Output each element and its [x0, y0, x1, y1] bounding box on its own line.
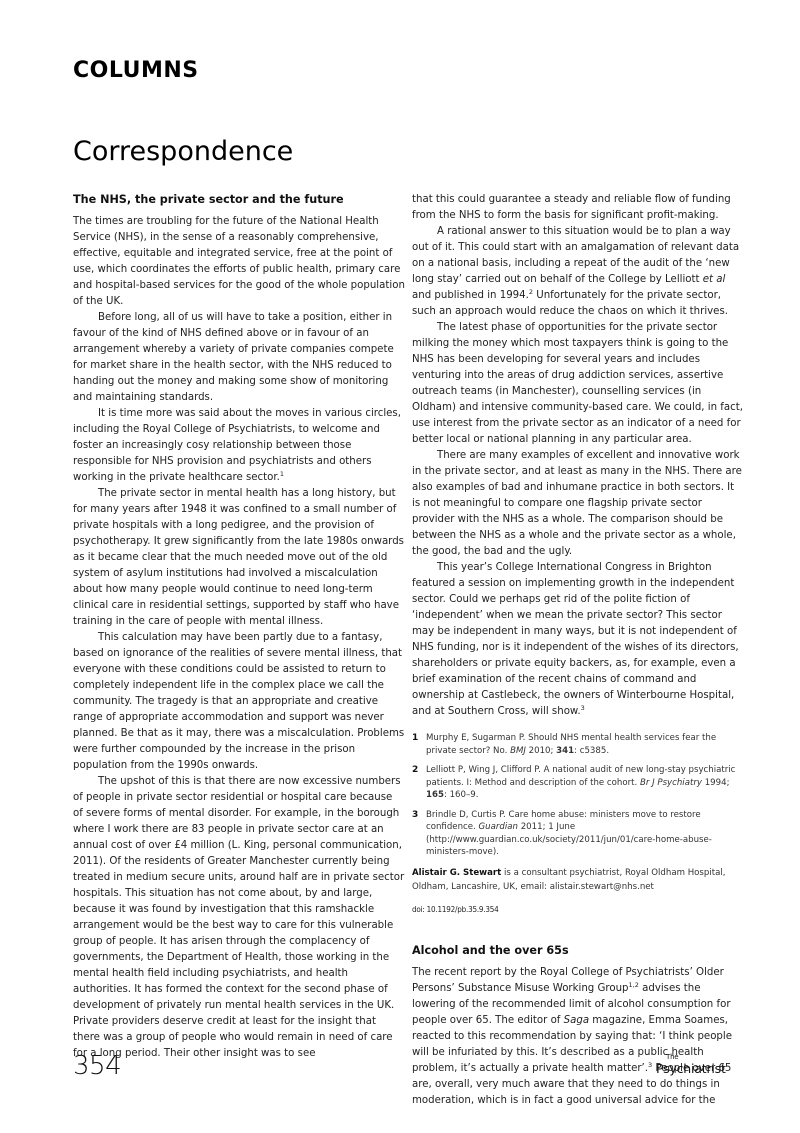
author-bio: Alistair G. Stewart is a consultant psyc…	[412, 866, 744, 894]
paragraph: A rational answer to this situation woul…	[412, 224, 744, 320]
reference-item: 1 Murphy E, Sugarman P. Should NHS menta…	[412, 732, 744, 757]
paragraph: The times are troubling for the future o…	[73, 214, 405, 310]
doi[interactable]: doi: 10.1192/pb.35.9.354	[412, 902, 744, 918]
footnote-marker: 1,2	[629, 981, 639, 989]
reference-item: 2 Lelliott P, Wing J, Clifford P. A nati…	[412, 764, 744, 802]
page-number: 354	[73, 1051, 121, 1081]
author-name: Alistair G. Stewart	[412, 868, 501, 878]
right-column: that this could guarantee a steady and r…	[412, 192, 744, 1109]
reference-list: 1 Murphy E, Sugarman P. Should NHS menta…	[412, 732, 744, 859]
paragraph: The upshot of this is that there are now…	[73, 774, 405, 1062]
reference-item: 3 Brindle D, Curtis P. Care home abuse: …	[412, 809, 744, 859]
article-title-alcohol: Alcohol and the over 65s	[412, 943, 744, 959]
paragraph: This year’s College International Congre…	[412, 560, 744, 720]
logo-the: The	[666, 1053, 678, 1061]
paragraph: The recent report by the Royal College o…	[412, 965, 744, 1109]
paragraph: There are many examples of excellent and…	[412, 448, 744, 560]
footnote-marker: 3	[581, 704, 585, 712]
page-title: Correspondence	[73, 136, 293, 167]
paragraph: It is time more was said about the moves…	[73, 406, 405, 486]
paragraph: Before long, all of us will have to take…	[73, 310, 405, 406]
reference-number: 2	[412, 764, 426, 802]
left-column: The NHS, the private sector and the futu…	[73, 192, 405, 1062]
section-label: COLUMNS	[73, 58, 199, 83]
reference-number: 1	[412, 732, 426, 757]
reference-number: 3	[412, 809, 426, 859]
paragraph: The latest phase of opportunities for th…	[412, 320, 744, 448]
paragraph: This calculation may have been partly du…	[73, 630, 405, 774]
journal-logo: The Psychiatrist	[656, 1061, 726, 1076]
paragraph-continued: that this could guarantee a steady and r…	[412, 192, 744, 224]
footnote-marker: 1	[280, 470, 284, 478]
article-title-nhs: The NHS, the private sector and the futu…	[73, 192, 405, 208]
logo-name: Psychiatrist	[656, 1061, 726, 1076]
paragraph: The private sector in mental health has …	[73, 486, 405, 630]
